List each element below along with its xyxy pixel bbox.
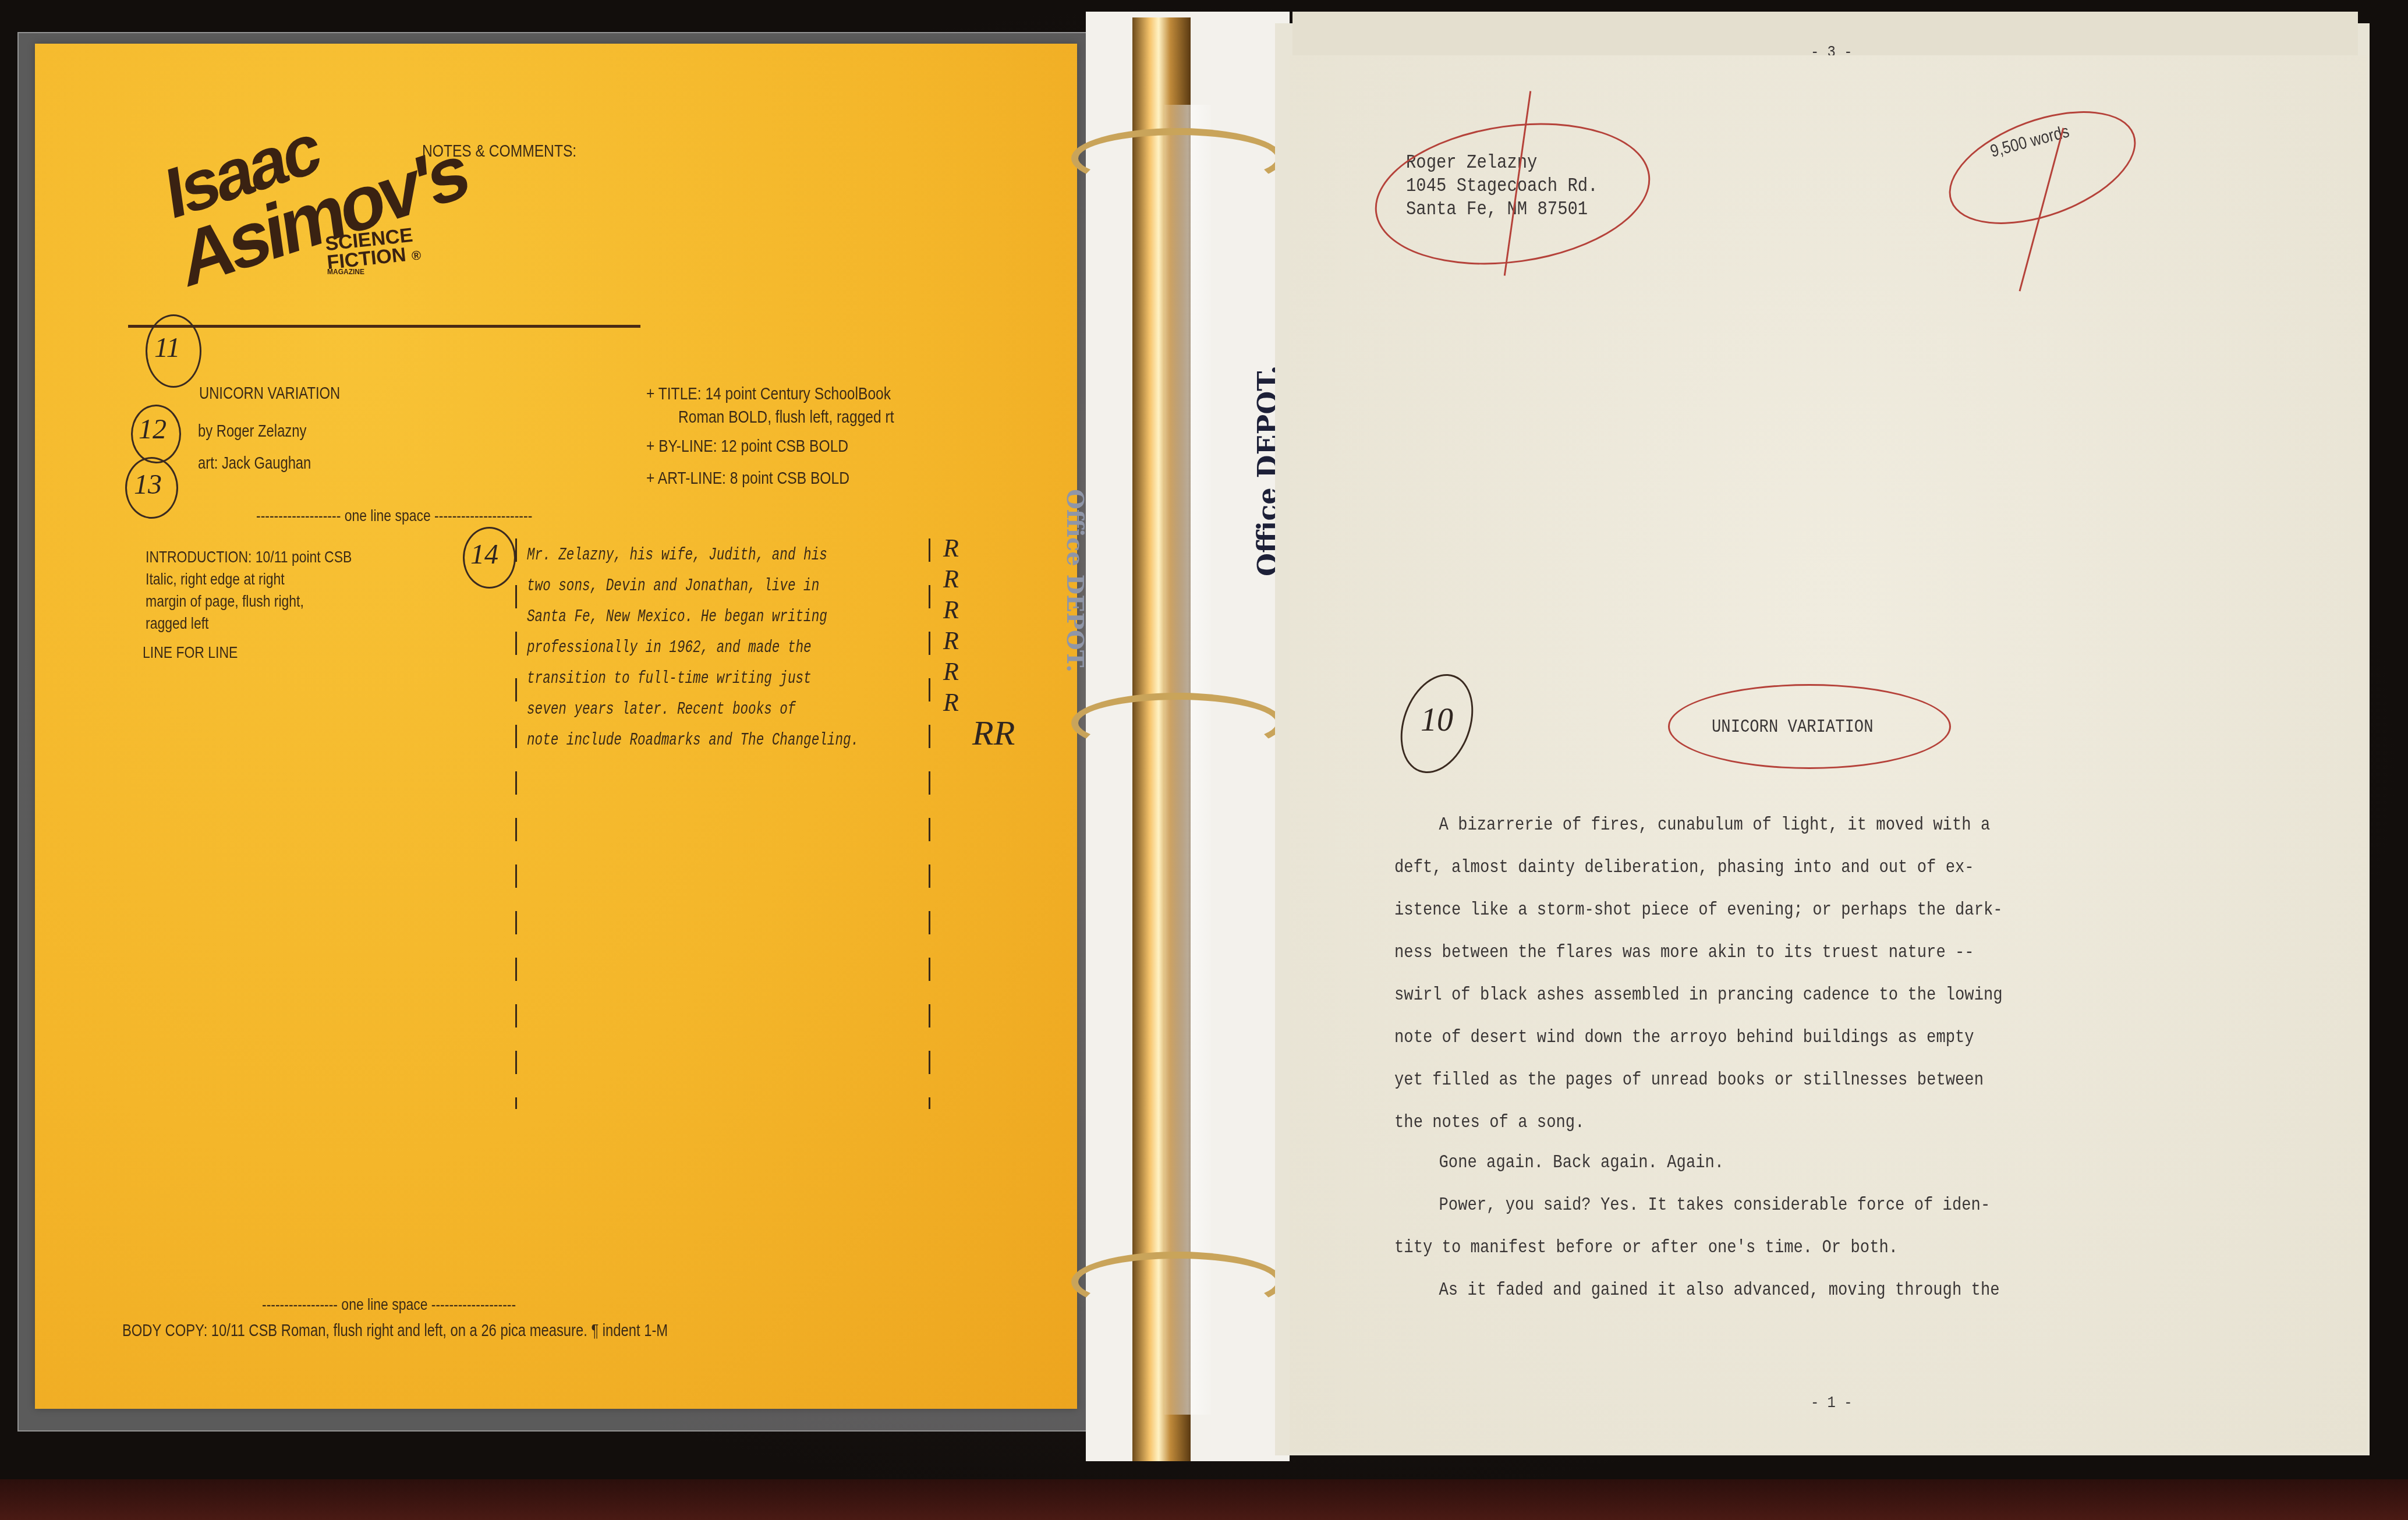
spec-artline: + ART-LINE: 8 point CSB BOLD <box>646 469 849 488</box>
logo-magazine: MAGAZINE <box>327 268 364 276</box>
address-circle-mark <box>1366 107 1659 281</box>
story-body: A bizarrerie of fires, cunabulum of ligh… <box>1394 803 2003 1311</box>
binder-cover-edge <box>0 1479 2408 1520</box>
margin-rr-mark: RR <box>972 713 1015 753</box>
page-number: - 1 - <box>1811 1394 1852 1412</box>
binder-ring-bottom[interactable] <box>1071 1252 1283 1312</box>
markup-number-10: 10 <box>1421 701 1453 739</box>
right-margin-guide <box>929 538 930 1109</box>
manuscript-page-1: Roger Zelazny 1045 Stagecoach Rd. Santa … <box>1290 55 2367 1452</box>
line-for-line: LINE FOR LINE <box>143 643 238 662</box>
markup-number-12: 12 <box>139 413 167 445</box>
body-copy-spec: BODY COPY: 10/11 CSB Roman, flush right … <box>122 1321 668 1341</box>
markup-number-11: 11 <box>154 332 180 364</box>
sheet-reinforcement-strip <box>1164 105 1211 1415</box>
spec-title-cont: Roman BOLD, flush left, ragged rt <box>678 408 894 427</box>
markup-number-13: 13 <box>134 469 162 501</box>
spec-byline: + BY-LINE: 12 point CSB BOLD <box>646 437 848 456</box>
binder-ring-top[interactable] <box>1071 128 1283 189</box>
word-count-circle-mark <box>1934 89 2151 247</box>
artline: art: Jack Gaughan <box>198 454 311 473</box>
line-space-divider-top: ------------------- one line space -----… <box>256 506 532 525</box>
asimovs-logo: Isaac Asimov's SCIENCE FICTION ® MAGAZIN… <box>157 131 431 329</box>
left-margin-guide <box>515 538 517 1109</box>
margin-r-marks: R R R R R R <box>943 533 959 718</box>
header-rule <box>128 325 640 328</box>
logo-science-fiction: SCIENCE FICTION ® <box>324 225 422 275</box>
markup-number-14: 14 <box>470 538 498 571</box>
intro-text: Mr. Zelazny, his wife, Judith, and his t… <box>527 540 859 756</box>
office-depot-label-mirrored: Office DEPOT. <box>1061 489 1089 672</box>
story-title: UNICORN VARIATION <box>1712 716 1873 738</box>
yellow-spec-sheet: Isaac Asimov's SCIENCE FICTION ® MAGAZIN… <box>35 44 1077 1409</box>
binder-ring-middle[interactable] <box>1071 693 1283 753</box>
notes-comments-label: NOTES & COMMENTS: <box>422 141 576 161</box>
spec-title: + TITLE: 14 point Century SchoolBook <box>646 384 891 404</box>
byline: by Roger Zelazny <box>198 422 306 441</box>
intro-spec: INTRODUCTION: 10/11 point CSB Italic, ri… <box>146 546 352 635</box>
line-space-divider-bottom: ----------------- one line space -------… <box>262 1295 516 1314</box>
title-line: UNICORN VARIATION <box>199 384 340 403</box>
